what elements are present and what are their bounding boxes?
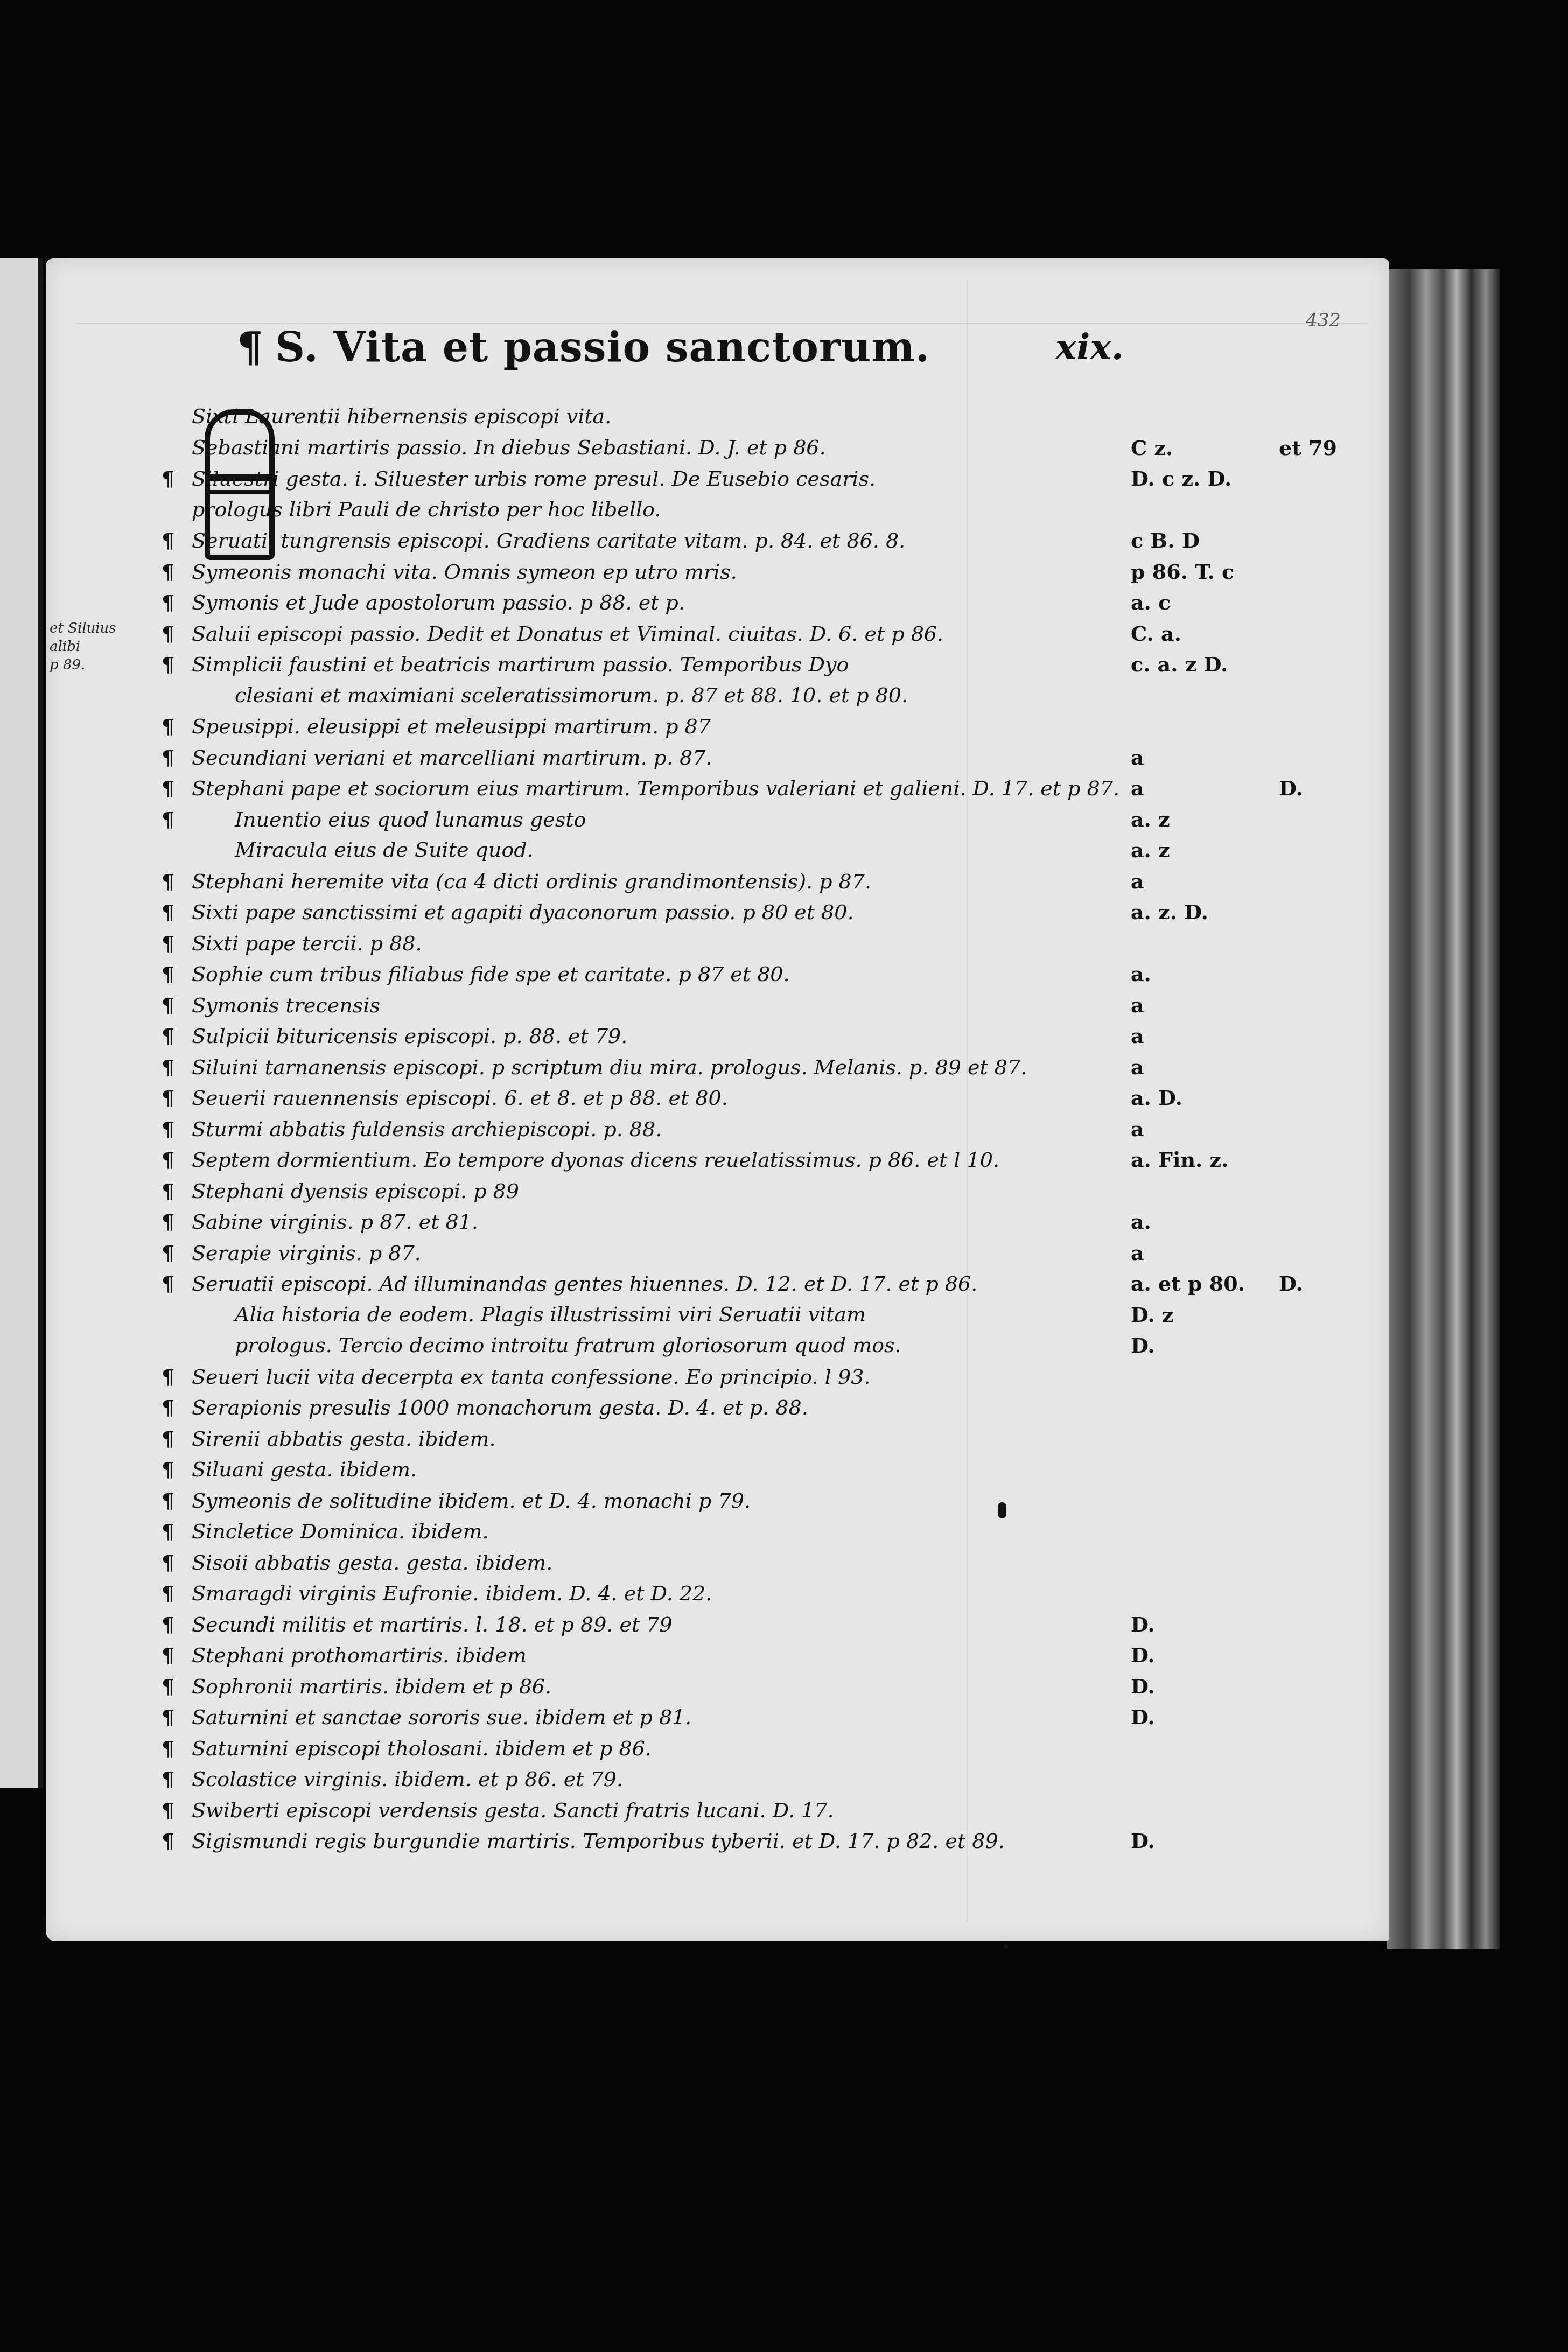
entry-reference: D. [1131, 1671, 1155, 1702]
entry-text: Sincletice Dominica. ibidem. [192, 1520, 489, 1543]
entry-text: Sophie cum tribus filiabus fide spe et c… [192, 962, 790, 986]
pilcrow-icon: ¶ [162, 1454, 192, 1485]
list-item: ¶Saturnini episcopi tholosani. ibidem et… [162, 1733, 1346, 1764]
pilcrow-icon: ¶ [162, 1733, 192, 1763]
pilcrow-icon: ¶ [162, 525, 192, 556]
list-item: ¶Siluini tarnanensis episcopi. p scriptu… [162, 1052, 1346, 1083]
entry-reference: a. c [1131, 587, 1171, 618]
list-item: ¶Smaragdi virginis Eufronie. ibidem. D. … [162, 1578, 1346, 1609]
ink-blot [998, 1502, 1006, 1518]
list-item: ¶Sixti pape tercii. p 88. [162, 928, 1346, 959]
pilcrow-icon: ¶ [162, 1640, 192, 1670]
entry-text: Sigismundi regis burgundie martiris. Tem… [192, 1829, 1005, 1853]
entry-reference: c. a. z D. [1131, 649, 1228, 680]
pilcrow-icon: ¶ [162, 990, 192, 1020]
entry-text: clesiani et maximiani sceleratissimorum.… [192, 683, 908, 707]
pilcrow-icon: ¶ [162, 649, 192, 680]
page-heading: ¶S. Vita et passio sanctorum. [237, 323, 930, 371]
entry-reference: D. c z. D. [1131, 463, 1231, 494]
pilcrow-icon: ¶ [162, 1825, 192, 1856]
entry-text: Sixti pape tercii. p 88. [192, 932, 422, 955]
list-item: ¶Secundi militis et martiris. l. 18. et … [162, 1609, 1346, 1640]
margin-note-line: alibi [50, 638, 136, 656]
pilcrow-icon: ¶ [162, 1020, 192, 1051]
entry-reference: D. [1131, 1702, 1155, 1732]
entry-reference: a. z [1131, 835, 1170, 865]
entry-text: prologus. Tercio decimo introitu fratrum… [192, 1333, 901, 1357]
entry-text: Seuerii rauennensis episcopi. 6. et 8. e… [192, 1086, 728, 1110]
entry-text: Alia historia de eodem. Plagis illustris… [192, 1303, 866, 1326]
pilcrow-icon: ¶ [162, 1702, 192, 1732]
entry-text: Stephani heremite vita (ca 4 dicti ordin… [192, 870, 871, 893]
entry-margin-mark: et 79 [1279, 432, 1337, 463]
pilcrow-icon: ¶ [162, 1795, 192, 1825]
entry-text: Miracula eius de Suite quod. [192, 838, 534, 862]
list-item: prologus libri Pauli de christo per hoc … [162, 494, 1346, 526]
entry-reference: C z. [1131, 432, 1173, 463]
entry-text: Swiberti episcopi verdensis gesta. Sanct… [192, 1798, 834, 1822]
pilcrow-icon: ¶ [162, 587, 192, 618]
list-item: ¶Sigismundi regis burgundie martiris. Te… [162, 1825, 1346, 1857]
margin-note: et Siluius alibi p 89. [50, 619, 136, 674]
entry-text: Siluani gesta. ibidem. [192, 1458, 417, 1481]
entry-text: Saturnini episcopi tholosani. ibidem et … [192, 1737, 652, 1760]
pilcrow-icon: ¶ [162, 463, 192, 494]
entry-reference: a [1131, 1020, 1144, 1051]
list-item: Sixti Laurentii hibernensis episcopi vit… [162, 401, 1346, 432]
entry-reference: a [1131, 866, 1144, 897]
entry-text: Simplicii faustini et beatricis martirum… [192, 653, 849, 676]
list-item: ¶Seruatii tungrensis episcopi. Gradiens … [162, 525, 1346, 556]
list-item: ¶Symeonis monachi vita. Omnis symeon ep … [162, 556, 1346, 587]
list-item: ¶Serapionis presulis 1000 monachorum ges… [162, 1392, 1346, 1423]
pilcrow-icon: ¶ [162, 1671, 192, 1702]
entry-text: Symonis trecensis [192, 993, 380, 1017]
pilcrow-icon: ¶ [162, 866, 192, 897]
pilcrow-icon: ¶ [162, 1237, 192, 1268]
pilcrow-icon: ¶ [162, 1423, 192, 1454]
pilcrow-icon: ¶ [162, 1547, 192, 1578]
entry-text: Sulpicii bituricensis episcopi. p. 88. e… [192, 1024, 627, 1048]
pilcrow-icon: ¶ [162, 1516, 192, 1546]
list-item: prologus. Tercio decimo introitu fratrum… [162, 1330, 1346, 1361]
list-item: ¶Swiberti episcopi verdensis gesta. Sanc… [162, 1795, 1346, 1826]
heading-title: S. Vita et passio sanctorum. [275, 323, 930, 371]
list-item: ¶Seuerii rauennensis episcopi. 6. et 8. … [162, 1082, 1346, 1114]
entry-reference: a. [1131, 1206, 1151, 1237]
pilcrow-icon: ¶ [162, 958, 192, 989]
pilcrow-icon: ¶ [162, 1268, 192, 1299]
pilcrow-icon: ¶ [162, 1206, 192, 1237]
list-item: ¶Inuentio eius quod lunamus gestoa. z [162, 804, 1346, 835]
list-item: ¶Serapie virginis. p 87.a [162, 1237, 1346, 1269]
ink-spot [1003, 1944, 1009, 1949]
pilcrow-icon: ¶ [162, 897, 192, 927]
entry-reference: D. [1131, 1640, 1155, 1670]
list-item: ¶Siluani gesta. ibidem. [162, 1454, 1346, 1485]
list-item: ¶Symonis et Jude apostolorum passio. p 8… [162, 587, 1346, 618]
list-item: Alia historia de eodem. Plagis illustris… [162, 1299, 1346, 1331]
list-item: ¶Siluestri gesta. i. Siluester urbis rom… [162, 463, 1346, 494]
list-item: ¶Saturnini et sanctae sororis sue. ibide… [162, 1702, 1346, 1733]
list-item: ¶Stephani prothomartiris. ibidemD. [162, 1640, 1346, 1671]
pilcrow-icon: ¶ [162, 1485, 192, 1516]
pilcrow-icon: ¶ [162, 618, 192, 649]
list-item: ¶Scolastice virginis. ibidem. et p 86. e… [162, 1763, 1346, 1795]
pilcrow-icon: ¶ [162, 1392, 192, 1423]
pilcrow-icon: ¶ [162, 1609, 192, 1640]
entry-text: Sturmi abbatis fuldensis archiepiscopi. … [192, 1117, 662, 1141]
margin-note-line: p 89. [50, 656, 136, 674]
entry-text: Serapie virginis. p 87. [192, 1241, 421, 1265]
list-item: ¶Seueri lucii vita decerpta ex tanta con… [162, 1361, 1346, 1392]
pilcrow-icon: ¶ [162, 742, 192, 773]
list-item: ¶Stephani heremite vita (ca 4 dicti ordi… [162, 866, 1346, 897]
list-item: ¶Stephani dyensis episcopi. p 89 [162, 1175, 1346, 1207]
entry-reference: a [1131, 1114, 1144, 1144]
entry-text: Sophronii martiris. ibidem et p 86. [192, 1675, 551, 1698]
entry-text: Symonis et Jude apostolorum passio. p 88… [192, 591, 685, 614]
entry-text: Seruatii tungrensis episcopi. Gradiens c… [192, 529, 905, 552]
list-item: ¶Speusippi. eleusippi et meleusippi mart… [162, 711, 1346, 742]
entry-text: Serapionis presulis 1000 monachorum gest… [192, 1396, 808, 1419]
entry-text: Speusippi. eleusippi et meleusippi marti… [192, 715, 711, 738]
list-item: ¶Sabine virginis. p 87. et 81.a. [162, 1206, 1346, 1237]
entry-text: Stephani dyensis episcopi. p 89 [192, 1179, 519, 1203]
list-item: ¶Sulpicii bituricensis episcopi. p. 88. … [162, 1020, 1346, 1052]
entry-reference: a [1131, 1237, 1144, 1268]
pilcrow-icon: ¶ [162, 1052, 192, 1082]
entry-text: Saluii episcopi passio. Dedit et Donatus… [192, 622, 943, 646]
entry-text: Sixti pape sanctissimi et agapiti dyacon… [192, 900, 854, 924]
entry-text: Siluini tarnanensis episcopi. p scriptum… [192, 1055, 1027, 1079]
list-item: clesiani et maximiani sceleratissimorum.… [162, 680, 1346, 711]
entry-text: Scolastice virginis. ibidem. et p 86. et… [192, 1767, 623, 1791]
list-item: ¶Sophronii martiris. ibidem et p 86.D. [162, 1671, 1346, 1702]
list-item: Miracula eius de Suite quod.a. z [162, 835, 1346, 866]
entry-margin-mark: D. [1279, 773, 1303, 803]
list-item: ¶Secundiani veriani et marcelliani marti… [162, 742, 1346, 773]
entry-reference: C. a. [1131, 618, 1181, 649]
entry-text: Siluestri gesta. i. Siluester urbis rome… [192, 467, 876, 491]
list-item: Sebastiani martiris passio. In diebus Se… [162, 432, 1346, 464]
pilcrow-icon: ¶ [162, 1763, 192, 1794]
entry-text: Saturnini et sanctae sororis sue. ibidem… [192, 1705, 691, 1729]
entry-text: Symeonis monachi vita. Omnis symeon ep u… [192, 560, 737, 584]
list-item: ¶Sincletice Dominica. ibidem. [162, 1516, 1346, 1547]
pilcrow-icon: ¶ [162, 556, 192, 587]
entry-text: Stephani prothomartiris. ibidem [192, 1643, 527, 1667]
list-item: ¶Stephani pape et sociorum eius martirum… [162, 773, 1346, 804]
pilcrow-icon: ¶ [162, 1361, 192, 1392]
list-item: ¶Sixti pape sanctissimi et agapiti dyaco… [162, 897, 1346, 928]
entry-reference: a. et p 80. [1131, 1268, 1245, 1299]
entry-reference: a [1131, 742, 1144, 773]
entry-reference: D. [1131, 1825, 1155, 1856]
entry-text: Sisoii abbatis gesta. gesta. ibidem. [192, 1551, 552, 1574]
list-item: ¶Symonis trecensisa [162, 990, 1346, 1021]
entry-reference: a. z. D. [1131, 897, 1208, 927]
entry-text: Secundi militis et martiris. l. 18. et p… [192, 1613, 673, 1636]
folio-number: 432 [1306, 310, 1341, 331]
entry-reference: a. z [1131, 804, 1170, 835]
section-number: xix. [1055, 326, 1124, 368]
entry-text: Septem dormientium. Eo tempore dyonas di… [192, 1148, 999, 1172]
pilcrow-icon: ¶ [162, 1144, 192, 1175]
entry-reference: a [1131, 1052, 1144, 1082]
list-item: ¶Simplicii faustini et beatricis martiru… [162, 649, 1346, 680]
list-item: ¶Sirenii abbatis gesta. ibidem. [162, 1423, 1346, 1454]
list-item: ¶Seruatii episcopi. Ad illuminandas gent… [162, 1268, 1346, 1299]
entry-reference: a [1131, 773, 1144, 803]
list-item: ¶Saluii episcopi passio. Dedit et Donatu… [162, 618, 1346, 649]
entry-text: Sixti Laurentii hibernensis episcopi vit… [192, 404, 611, 428]
entry-reference: a. Fin. z. [1131, 1144, 1228, 1175]
entry-reference: D. [1131, 1609, 1155, 1640]
pilcrow-icon: ¶ [162, 1082, 192, 1113]
entry-text: Secundiani veriani et marcelliani martir… [192, 746, 712, 769]
entry-text: Symeonis de solitudine ibidem. et D. 4. … [192, 1489, 751, 1513]
entry-text: Seueri lucii vita decerpta ex tanta conf… [192, 1365, 870, 1389]
facing-page-edge [0, 258, 43, 1788]
entry-text: Smaragdi virginis Eufronie. ibidem. D. 4… [192, 1581, 712, 1605]
entry-reference: a. D. [1131, 1082, 1182, 1113]
entry-text: Sabine virginis. p 87. et 81. [192, 1210, 478, 1234]
pilcrow-icon: ¶ [162, 1578, 192, 1608]
list-item: ¶Symeonis de solitudine ibidem. et D. 4.… [162, 1485, 1346, 1516]
entry-text: Sebastiani martiris passio. In diebus Se… [192, 436, 826, 459]
list-item: ¶Sturmi abbatis fuldensis archiepiscopi.… [162, 1114, 1346, 1145]
entry-reference: c B. D [1131, 525, 1200, 556]
pilcrow-icon: ¶ [162, 928, 192, 958]
pilcrow-icon: ¶ [162, 1114, 192, 1144]
entry-text: Inuentio eius quod lunamus gesto [192, 808, 586, 831]
list-item: ¶Sisoii abbatis gesta. gesta. ibidem. [162, 1547, 1346, 1578]
pilcrow-icon: ¶ [162, 773, 192, 803]
pilcrow-icon: ¶ [237, 323, 263, 371]
entry-reference: D. [1131, 1330, 1155, 1361]
entry-reference: D. z [1131, 1299, 1174, 1330]
list-item: ¶Septem dormientium. Eo tempore dyonas d… [162, 1144, 1346, 1175]
entry-text: Seruatii episcopi. Ad illuminandas gente… [192, 1272, 977, 1296]
entry-reference: p 86. T. c [1131, 556, 1234, 587]
list-item: ¶Sophie cum tribus filiabus fide spe et … [162, 958, 1346, 990]
book-fore-edge [1387, 269, 1500, 1949]
pilcrow-icon: ¶ [162, 711, 192, 741]
entry-text: prologus libri Pauli de christo per hoc … [192, 498, 661, 521]
entry-reference: a [1131, 990, 1144, 1020]
entry-text: Stephani pape et sociorum eius martirum.… [192, 776, 1119, 800]
entry-reference: a. [1131, 958, 1151, 989]
entry-list: Sixti Laurentii hibernensis episcopi vit… [162, 401, 1346, 1857]
entry-text: Sirenii abbatis gesta. ibidem. [192, 1427, 496, 1451]
margin-note-line: et Siluius [50, 619, 136, 638]
entry-margin-mark: D. [1279, 1268, 1303, 1299]
pilcrow-icon: ¶ [162, 1175, 192, 1206]
pilcrow-icon: ¶ [162, 804, 192, 835]
